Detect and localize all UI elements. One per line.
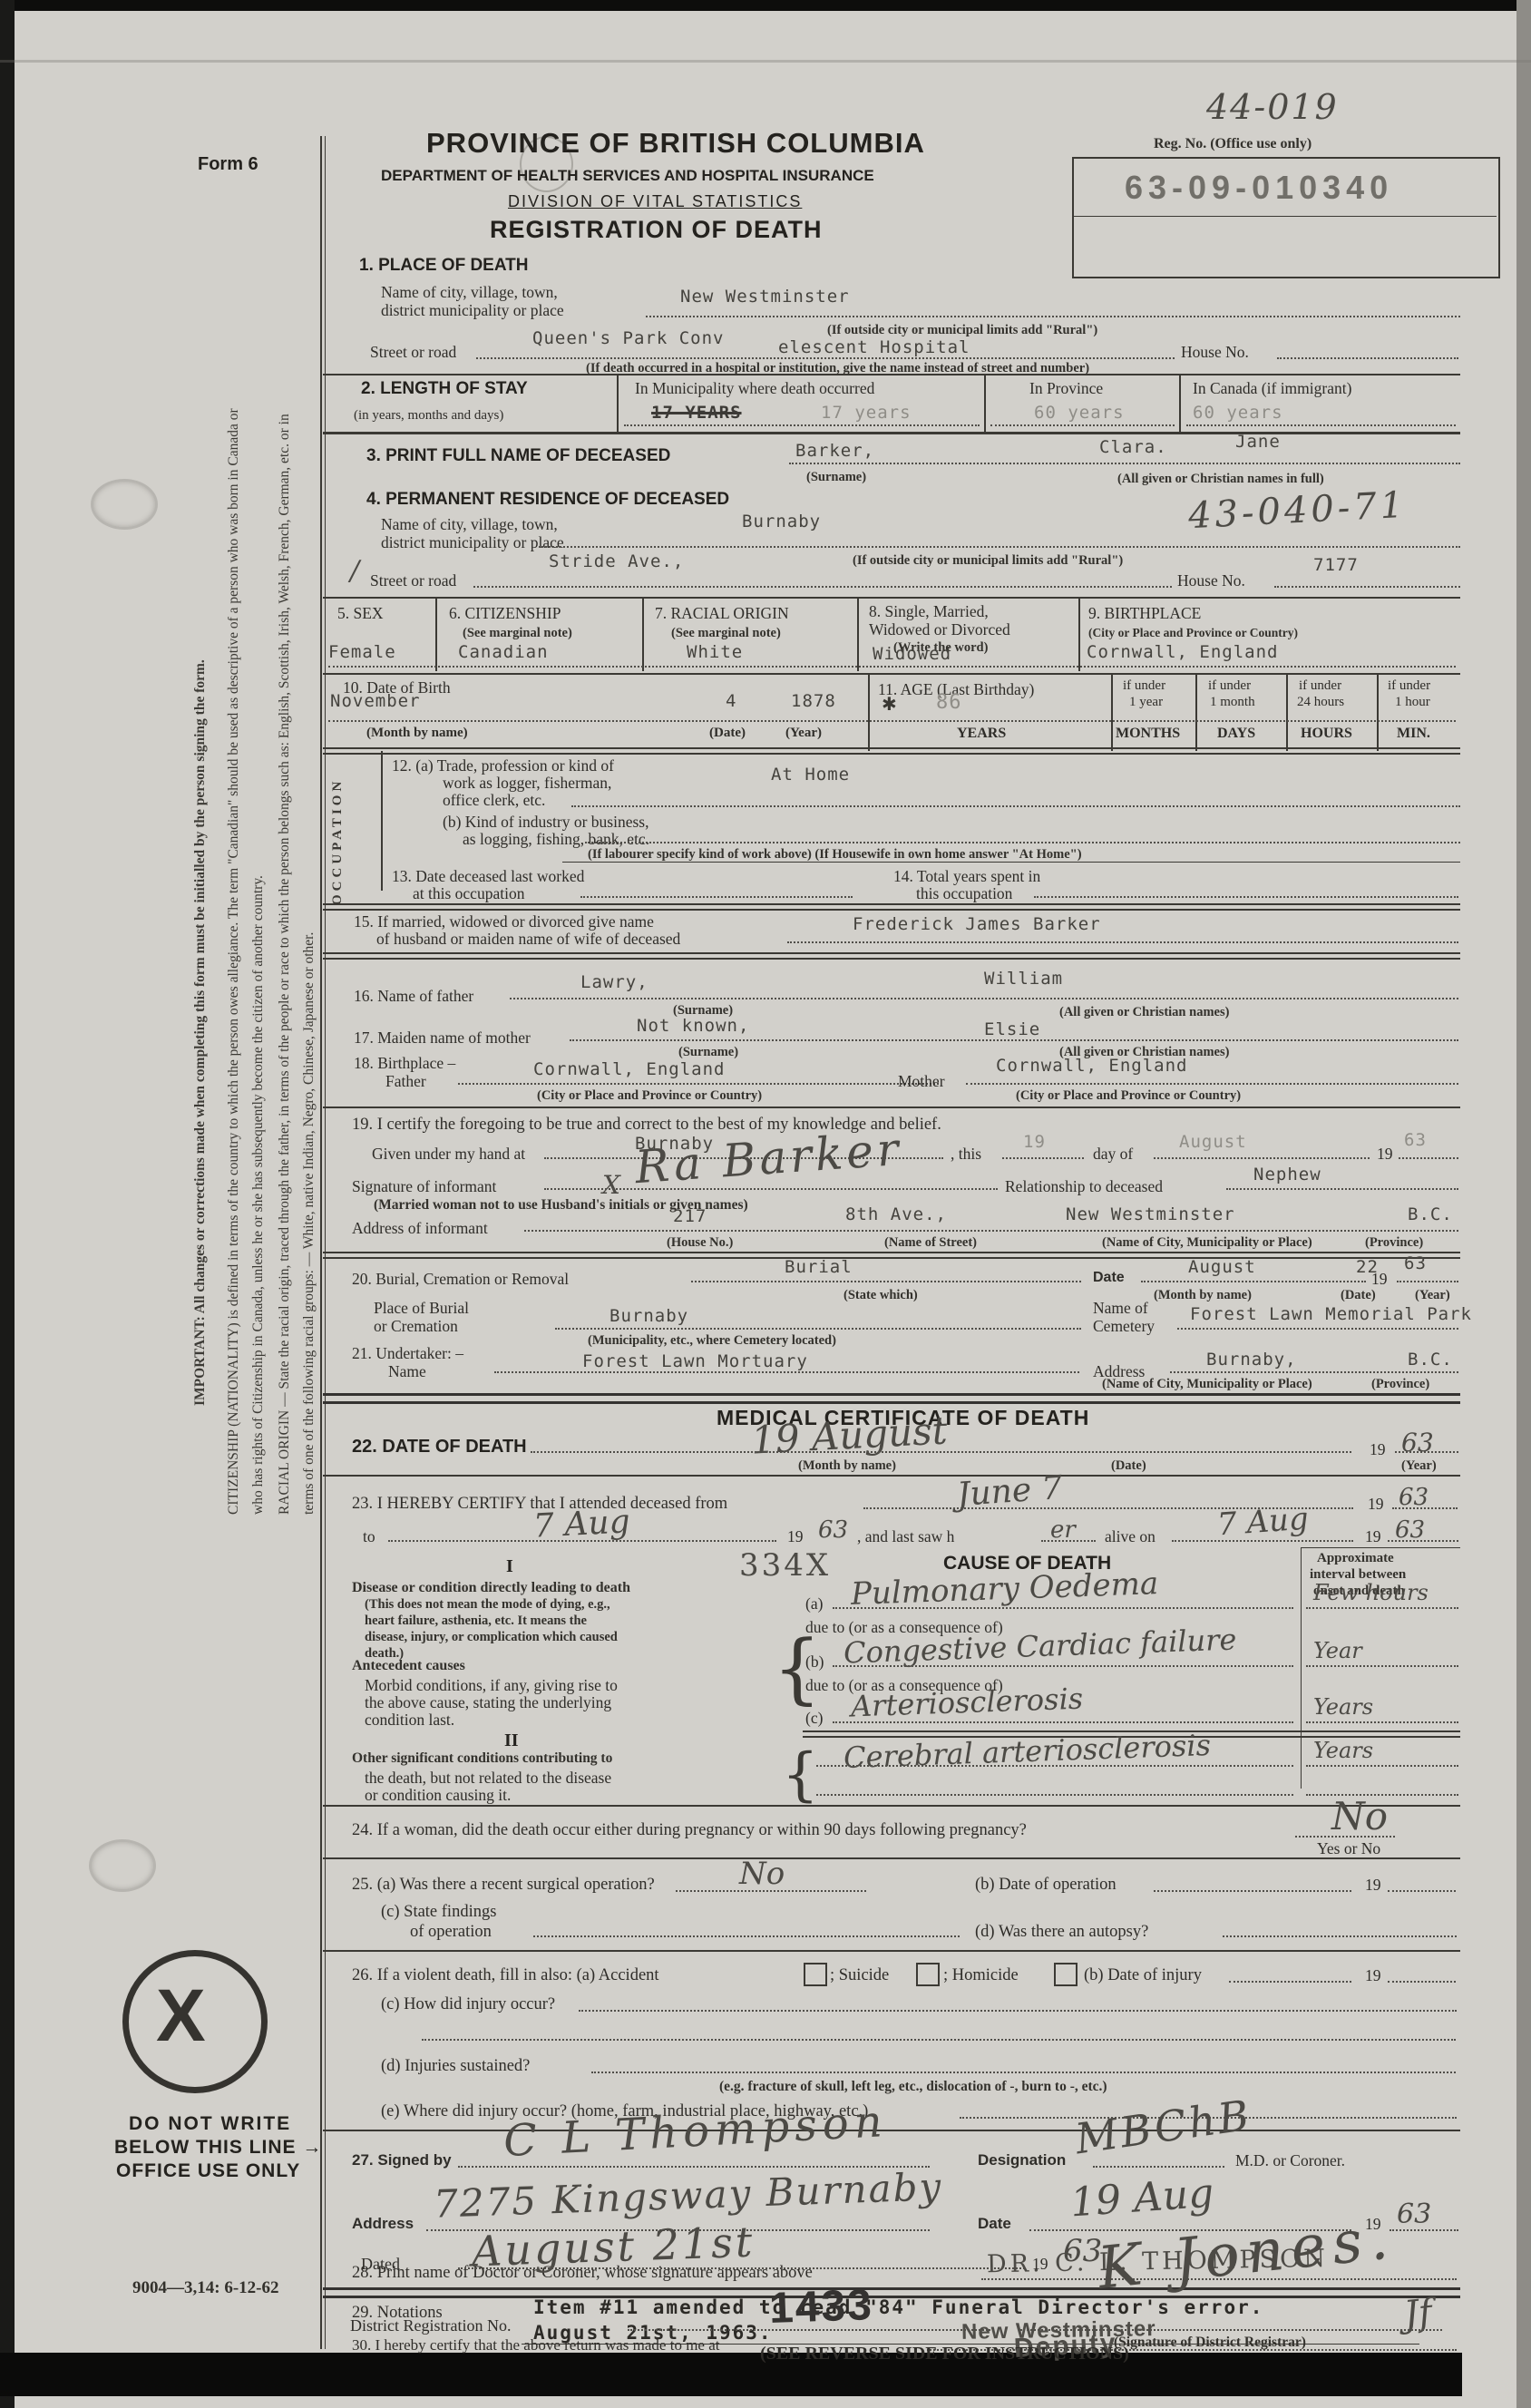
s10-date-value: 4: [726, 691, 736, 711]
death-registration-scan: Form 6 IMPORTANT: All changes or correct…: [0, 0, 1531, 2408]
dotted-line: [628, 2329, 990, 2331]
cause-a-handwritten: Pulmonary Oedema: [850, 1565, 1158, 1613]
s5-value: Female: [328, 642, 396, 662]
s4-city-label2: district municipality or place: [381, 533, 564, 552]
s20-label: 20. Burial, Cremation or Removal: [352, 1270, 569, 1289]
s25-a-handwritten: No: [739, 1856, 785, 1892]
s1-rural-note: (If outside city or municipal limits add…: [827, 323, 1097, 338]
accident-checkbox[interactable]: [804, 1963, 827, 1986]
s29-notation-line1: Item #11 amended to read "84" Funeral Di…: [533, 2296, 1263, 2318]
s4-street-label: Street or road: [370, 571, 456, 590]
suicide-checkbox[interactable]: [916, 1963, 940, 1986]
s19-given-at-label: Given under my hand at: [372, 1145, 525, 1164]
s2-col2-header: In Province: [1029, 379, 1103, 398]
s1-city-label2: district municipality or place: [381, 301, 564, 320]
s11-under-24h: if under: [1299, 678, 1341, 694]
occupation-vertical-label: OCCUPATION: [330, 760, 352, 905]
rule: [323, 1950, 1460, 1952]
s6-value: Canadian: [458, 642, 549, 662]
dotted-line: [1306, 1607, 1458, 1609]
s14-label2: this occupation: [916, 884, 1012, 903]
s19-prov-note: (Province): [1365, 1235, 1423, 1251]
s20-cemetery-label2: Cemetery: [1093, 1317, 1155, 1336]
s10-year-value: 1878: [791, 691, 836, 711]
s16-given-value: William: [984, 969, 1063, 989]
cause-o1: Other significant conditions contributin…: [352, 1750, 612, 1767]
s18-father-place-note: (City or Place and Province or Country): [537, 1088, 762, 1104]
cause-d3: heart failure, asthenia, etc. It means t…: [365, 1613, 587, 1629]
dotted-line: [579, 2010, 1457, 2012]
s30-label: 30. I hereby certify that the above retu…: [352, 2336, 719, 2354]
dotted-line: [833, 1607, 1293, 1609]
dotted-line: [1093, 2166, 1224, 2168]
v-rule: [1286, 673, 1288, 751]
s10-year-note: (Year): [785, 726, 822, 741]
s30-yr-prefix: 19: [1032, 2255, 1048, 2274]
cause-antecedent-label: Antecedent causes: [352, 1658, 465, 1674]
s13-label1: 13. Date deceased last worked: [392, 867, 584, 886]
dotted-line: [1226, 1188, 1458, 1190]
s18-mother-value: Cornwall, England: [996, 1056, 1187, 1076]
s22-month-note: (Month by name): [798, 1458, 896, 1474]
s11-amend-mark: ✱: [882, 693, 897, 716]
s19-yr-prefix: 19: [1377, 1145, 1393, 1164]
scan-edge-right: [1516, 0, 1531, 2408]
s3-title: 3. PRINT FULL NAME OF DECEASED: [366, 446, 670, 466]
header-title: REGISTRATION OF DEATH: [490, 216, 823, 244]
scan-edge-left: [0, 0, 15, 2408]
s12-labourer-note: (If labourer specify kind of work above)…: [588, 847, 1082, 863]
s26-d-label: (d) Injuries sustained?: [381, 2057, 530, 2076]
header-province: PROVINCE OF BRITISH COLUMBIA: [426, 127, 925, 160]
cause-a-interval-handwritten: Few hours: [1313, 1580, 1429, 1605]
dotted-line: [833, 1721, 1293, 1723]
s17-surname-note: (Surname): [678, 1045, 738, 1060]
dotted-line: [1392, 1507, 1458, 1509]
s12-b-label1: (b) Kind of industry or business,: [443, 813, 648, 832]
dotted-line: [580, 896, 853, 898]
dotted-line: [1186, 424, 1456, 426]
dotted-line: [539, 546, 1460, 548]
s2-val1-struck: 17 YEARS: [651, 403, 742, 423]
s20-date-note: (Date): [1341, 1288, 1376, 1303]
s19-addr-city-value: New Westminster: [1066, 1204, 1235, 1224]
s5-title: 5. SEX: [337, 604, 384, 623]
s30-registrar-note: (Signature of District Registrar): [1114, 2335, 1306, 2351]
margin-note-racial-origin: RACIAL ORIGIN — State the racial origin,…: [272, 381, 325, 1515]
rule: [1301, 1547, 1460, 1548]
s19-addr-house-value: 217: [673, 1206, 707, 1226]
rule: [323, 2130, 1460, 2131]
s25-b-label: (b) Date of operation: [975, 1876, 1117, 1895]
v-rule: [1195, 673, 1197, 751]
s20-date-label: Date: [1093, 1270, 1125, 1286]
rule: [323, 432, 1460, 434]
rule-double: [323, 952, 1460, 960]
office-note-line1: DO NOT WRITE: [129, 2113, 291, 2135]
dotted-line: [1034, 896, 1458, 898]
s27-designation-handwritten: MBChB: [1072, 2091, 1254, 2164]
s25-d-label: (d) Was there an autopsy?: [975, 1923, 1148, 1942]
see-reverse-note: (SEE REVERSE SIDE FOR INSTRUCTIONS): [760, 2344, 1129, 2364]
s16-surname-value: Lawry,: [580, 972, 648, 992]
s2-sub-label: (in years, months and days): [354, 408, 503, 424]
rule: [323, 597, 1460, 599]
s2-val3: 60 years: [1193, 403, 1283, 423]
s19-rel-value: Nephew: [1253, 1165, 1321, 1185]
v-rule: [1078, 597, 1080, 671]
cause-ii-interval-handwritten: Years: [1313, 1738, 1373, 1763]
dotted-line: [524, 1230, 1458, 1232]
s1-street-label: Street or road: [370, 343, 456, 362]
dotted-line: [1170, 1371, 1458, 1373]
s1-street-value: Queen's Park Conv: [532, 328, 724, 348]
cause-code-handwritten: 334X: [739, 1547, 831, 1584]
s11-days-label: DAYS: [1217, 726, 1255, 742]
s20-year-note: (Year): [1415, 1288, 1450, 1303]
v-rule: [381, 751, 383, 891]
s23-alive-handwritten: 7 Aug: [1216, 1501, 1310, 1544]
s3-given-note: (All given or Christian names in full): [1117, 472, 1324, 487]
dotted-line: [1306, 1721, 1458, 1723]
s18-mother-place-note: (City or Place and Province or Country): [1016, 1088, 1241, 1104]
s19-street-note: (Name of Street): [884, 1235, 977, 1251]
cause-m1: Morbid conditions, if any, giving rise t…: [365, 1676, 618, 1695]
rule-thick: [323, 1393, 1460, 1404]
s9-title: 9. BIRTHPLACE: [1088, 604, 1201, 623]
dotted-line: [458, 1083, 939, 1085]
rule-double: [323, 903, 1460, 911]
s16-given-note: (All given or Christian names): [1059, 1005, 1229, 1020]
v-rule: [868, 673, 870, 751]
s4-code-handwritten: 43-040-71: [1187, 484, 1408, 538]
s12-a-label3: office clerk, etc.: [443, 791, 545, 810]
s1-city-value: New Westminster: [680, 287, 850, 307]
s19-month-value: August: [1179, 1132, 1247, 1152]
s12-a-label1: 12. (a) Trade, profession or kind of: [392, 756, 614, 775]
s20-place-note: (Municipality, etc., where Cemetery loca…: [588, 1333, 836, 1349]
v-rule: [642, 597, 644, 671]
s8-title: 8. Single, Married,: [869, 602, 989, 621]
cause-m2: the above cause, stating the underlying: [365, 1693, 611, 1712]
file-number-handwritten: 44-019: [1206, 87, 1339, 127]
cause-b-interval-handwritten: Year: [1313, 1638, 1362, 1663]
s6-note: (See marginal note): [463, 626, 572, 641]
homicide-checkbox[interactable]: [1054, 1963, 1078, 1986]
s26-suicide-label: ; Suicide: [830, 1966, 889, 1985]
dotted-line: [494, 1371, 1079, 1373]
s26-homicide-label: ; Homicide: [943, 1966, 1019, 1985]
dotted-line: [691, 1281, 1081, 1282]
dotted-line: [1002, 1157, 1084, 1159]
margin-note-important: IMPORTANT: All changes or corrections ma…: [192, 508, 219, 1406]
s20-month-note: (Month by name): [1154, 1288, 1252, 1303]
dotted-line: [1277, 357, 1458, 359]
reg-no-label: Reg. No. (Office use only): [1154, 136, 1312, 152]
s19-sig-x-mark: X: [602, 1170, 620, 1200]
cause-d2: (This does not mean the mode of dying, e…: [365, 1597, 610, 1613]
s11-under-1year2: 1 year: [1129, 695, 1163, 710]
rule: [323, 1475, 1460, 1477]
s21-city-note: (Name of City, Municipality or Place): [1102, 1377, 1312, 1392]
s11-under-1year: if under: [1123, 678, 1165, 694]
s18-father-value: Cornwall, England: [533, 1059, 725, 1079]
cause-interval-label1: Approximate: [1317, 1551, 1394, 1566]
s23-yr1-prefix: 19: [1368, 1495, 1384, 1514]
s22-year-note: (Year): [1401, 1458, 1437, 1474]
dotted-line: [833, 1665, 1293, 1667]
form-border-left-inner: [325, 136, 326, 2349]
scan-edge-top: [0, 0, 1531, 11]
s3-surname-value: Barker,: [795, 441, 874, 461]
s8-title2: Widowed or Divorced: [869, 620, 1010, 639]
s26-yr-prefix: 19: [1365, 1966, 1381, 1985]
s17-label: 17. Maiden name of mother: [354, 1029, 531, 1048]
s16-label: 16. Name of father: [354, 987, 473, 1006]
s21-prov-note: (Province): [1371, 1377, 1429, 1392]
dotted-line: [990, 424, 1175, 426]
s25-b-yr-prefix: 19: [1365, 1876, 1381, 1895]
s14-label1: 14. Total years spent in: [893, 867, 1040, 886]
dotted-line: [1141, 1281, 1366, 1282]
s2-title: 2. LENGTH OF STAY: [361, 379, 528, 399]
s27-addr-label: Address: [352, 2215, 414, 2233]
reg-no-box-divider: [1072, 216, 1497, 217]
rule: [323, 673, 1460, 675]
s4-house-value: 7177: [1313, 555, 1359, 575]
form-print-code: 9004—3,14: 6-12-62: [132, 2278, 278, 2298]
s20-state-note: (State which): [844, 1288, 918, 1303]
s20-place-label2: or Cremation: [374, 1317, 458, 1336]
s20-place-value: Burnaby: [609, 1306, 688, 1326]
v-rule: [1301, 1547, 1302, 1789]
dotted-line: [531, 1451, 1351, 1453]
s21-label1: 21. Undertaker: –: [352, 1344, 463, 1363]
s8-value: Widowed: [873, 644, 951, 664]
s1-house-label: House No.: [1181, 343, 1249, 362]
dotted-line: [585, 842, 1460, 843]
s2-val1: 17 years: [821, 403, 912, 423]
v-rule: [857, 597, 859, 671]
rule: [323, 1857, 1460, 1859]
s27-yr-handwritten: 63: [1397, 2198, 1431, 2230]
dotted-line: [787, 941, 1458, 943]
s27-md-coroner-label: M.D. or Coroner.: [1235, 2151, 1345, 2170]
s6-title: 6. CITIZENSHIP: [449, 604, 561, 623]
s1-title: 1. PLACE OF DEATH: [359, 256, 529, 276]
dotted-line: [473, 586, 1172, 588]
header-department: DEPARTMENT OF HEALTH SERVICES AND HOSPIT…: [381, 167, 874, 185]
s3-given1-value: Clara.: [1099, 437, 1167, 457]
dotted-line: [816, 1794, 1293, 1796]
s4-title: 4. PERMANENT RESIDENCE OF DECEASED: [366, 490, 729, 510]
header-division: DIVISION OF VITAL STATISTICS: [508, 192, 802, 211]
s7-title: 7. RACIAL ORIGIN: [655, 604, 789, 623]
cause-roman-two: II: [504, 1730, 519, 1751]
v-rule: [1179, 374, 1181, 432]
s7-value: White: [687, 642, 743, 662]
s18-label1: 18. Birthplace –: [354, 1054, 455, 1073]
dotted-line: [555, 1328, 1081, 1330]
dotted-line: [1395, 1451, 1458, 1453]
s15-label2: of husband or maiden name of wife of dec…: [376, 930, 680, 949]
v-rule: [435, 597, 437, 671]
dotted-line: [591, 2072, 1456, 2073]
dotted-line: [1397, 1281, 1458, 1282]
s2-col3-header: In Canada (if immigrant): [1193, 379, 1351, 398]
s22-yr-prefix: 19: [1370, 1440, 1386, 1459]
s24-no-handwritten: No: [1331, 1794, 1388, 1838]
dotted-line: [1041, 1540, 1096, 1542]
s19-this-label: , this: [951, 1145, 981, 1164]
dotted-line: [1274, 586, 1460, 588]
s4-city-label: Name of city, village, town,: [381, 515, 558, 534]
dotted-line: [966, 1083, 1458, 1085]
dotted-line: [544, 1188, 998, 1190]
cause-o2: the death, but not related to the diseas…: [365, 1769, 611, 1788]
dotted-line: [510, 998, 1458, 999]
s19-rel-label: Relationship to deceased: [1005, 1177, 1163, 1196]
scan-crease: [0, 60, 1531, 63]
s23-alive-on-label: alive on: [1105, 1527, 1156, 1546]
dotted-line: [1388, 1981, 1456, 1983]
s23-to-handwritten: 7 Aug: [532, 1503, 631, 1545]
s20-value: Burial: [785, 1257, 853, 1277]
cause-brace-ii: {: [782, 1741, 819, 1808]
s1-street-value2: elescent Hospital: [778, 337, 970, 357]
s4-street-value: Stride Ave.,: [549, 551, 684, 571]
dotted-line: [1172, 1540, 1353, 1542]
dotted-line: [388, 1540, 776, 1542]
s15-label1: 15. If married, widowed or divorced give…: [354, 912, 654, 931]
dotted-line: [789, 463, 1460, 464]
s4-house-label: House No.: [1177, 571, 1245, 590]
s11-under-1h2: 1 hour: [1395, 695, 1430, 710]
cause-roman-one: I: [506, 1556, 513, 1577]
s23-yr3-prefix: 19: [1365, 1527, 1381, 1546]
dotted-line: [328, 720, 1456, 722]
punch-hole-top: [91, 479, 158, 530]
s17-given-value: Elsie: [984, 1019, 1040, 1039]
s19-day-of-label: day of: [1093, 1145, 1133, 1164]
v-rule: [984, 374, 986, 432]
dotted-line: [476, 357, 1175, 359]
s12-a-value: At Home: [771, 765, 850, 785]
s11-under-24h2: 24 hours: [1297, 695, 1344, 710]
s11-min-label: MIN.: [1397, 726, 1430, 742]
s2-col1-header: In Municipality where death occurred: [635, 379, 874, 398]
cause-d4: disease, injury, or complication which c…: [365, 1630, 618, 1645]
rule: [323, 1805, 1460, 1807]
rule: [323, 374, 1460, 375]
s25-c-label1: (c) State findings: [381, 1903, 496, 1922]
s19-city-note: (Name of City, Municipality or Place): [1102, 1235, 1312, 1251]
s26-b-label: (b) Date of injury: [1084, 1966, 1202, 1985]
dotted-line: [1399, 1157, 1458, 1159]
dotted-line: [1229, 1981, 1351, 1983]
dotted-line: [1154, 1157, 1370, 1159]
cause-b-label: (b): [805, 1652, 824, 1672]
s20-date-month-value: August: [1188, 1257, 1256, 1277]
s3-surname-note: (Surname): [806, 470, 866, 485]
s24-label: 24. If a woman, did the death occur eith…: [352, 1821, 1027, 1840]
office-note-line3: OFFICE USE ONLY: [116, 2160, 300, 2182]
rule: [323, 1107, 1460, 1108]
dotted-line: [1388, 1540, 1458, 1542]
form-number: Form 6: [198, 154, 258, 175]
dotted-line: [1306, 1665, 1458, 1667]
margin-note-citizenship: CITIZENSHIP (NATIONALITY) is defined in …: [221, 381, 274, 1515]
cause-o3: or condition causing it.: [365, 1786, 511, 1805]
dotted-line: [533, 1935, 960, 1937]
s25-c-label2: of operation: [410, 1923, 492, 1942]
v-rule: [1377, 673, 1379, 751]
dotted-line: [624, 424, 980, 426]
s15-value: Frederick James Barker: [853, 914, 1101, 934]
s11-months-label: MONTHS: [1116, 726, 1180, 742]
s12-b-label2: as logging, fishing, bank, etc.: [463, 830, 649, 849]
s10-month-value: November: [330, 691, 421, 711]
s7-note: (See marginal note): [671, 626, 781, 641]
s9-note: (City or Place and Province or Country): [1088, 626, 1298, 640]
v-rule: [617, 374, 619, 432]
rule-double: [323, 1252, 1460, 1259]
s24-yes-no-label: Yes or No: [1317, 1839, 1380, 1858]
s21-prov-value: B.C.: [1408, 1350, 1453, 1370]
s11-age-value: 86: [936, 691, 962, 714]
s19-addr-street-value: 8th Ave.,: [845, 1204, 947, 1224]
dotted-line: [458, 2267, 1025, 2269]
dotted-line: [676, 1890, 866, 1892]
s22-date-note: (Date): [1111, 1458, 1146, 1474]
dotted-line: [422, 2039, 1456, 2041]
s30-district-label: District Registration No.: [350, 2316, 511, 2335]
s19-day-value: 19: [1023, 1132, 1046, 1152]
dotted-line: [1295, 1836, 1395, 1838]
s18-father-label: Father: [385, 1072, 426, 1091]
s11-hours-label: HOURS: [1301, 726, 1352, 742]
s12-a-label2: work as logger, fisherman,: [443, 774, 611, 793]
s10-month-note: (Month by name): [366, 726, 468, 741]
rule-double: [323, 747, 1460, 755]
cause-a-label: (a): [805, 1594, 823, 1613]
s20-yr-prefix: 19: [1371, 1270, 1388, 1289]
s13-label2: at this occupation: [413, 884, 524, 903]
s3-given2-value: Jane: [1235, 432, 1281, 452]
cause-c-interval-handwritten: Years: [1313, 1694, 1373, 1720]
dotted-line: [328, 666, 1456, 668]
s26-d-note: (e.g. fracture of skull, left leg, etc.,…: [719, 2079, 1107, 2095]
s19-yr-value: 63: [1404, 1130, 1427, 1150]
dotted-line: [1390, 2229, 1458, 2231]
s22-yr-handwritten: 63: [1401, 1428, 1434, 1457]
dotted-line: [646, 316, 1460, 317]
s19-addr-label: Address of informant: [352, 1219, 488, 1238]
dotted-line: [1154, 1890, 1351, 1892]
s30-dated-label: Dated: [361, 2255, 400, 2274]
dotted-line: [1223, 1935, 1457, 1937]
s4-city-value: Burnaby: [742, 512, 821, 531]
s22-date-handwritten: 19 August: [750, 1408, 949, 1462]
s20-cemetery-value: Forest Lawn Memorial Park: [1190, 1304, 1472, 1324]
cause-m3: condition last.: [365, 1711, 454, 1730]
s25-a-label: 25. (a) Was there a recent surgical oper…: [352, 1876, 655, 1895]
s26-c-label: (c) How did injury occur?: [381, 1995, 555, 2014]
reg-no-stamp: 63-09-010340: [1125, 169, 1393, 207]
dotted-line: [571, 805, 1460, 807]
dotted-line: [816, 1765, 1293, 1767]
s22-label: 22. DATE OF DEATH: [352, 1437, 527, 1457]
